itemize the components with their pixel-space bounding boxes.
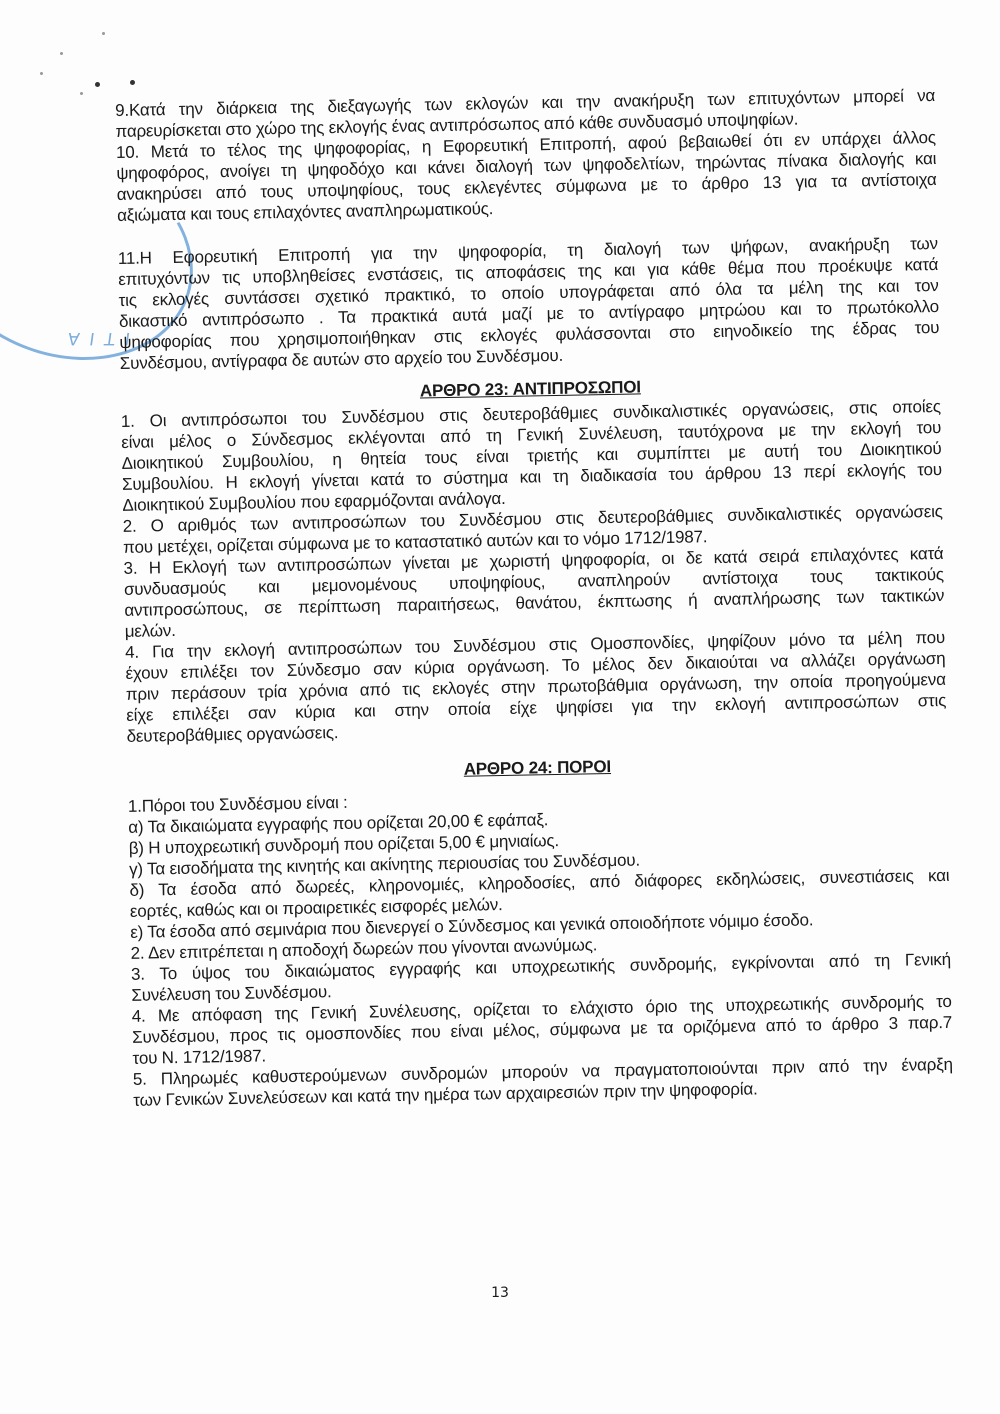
document-body: 9.Κατά την διάρκεια της διεξαγωγής των ε… <box>115 85 953 1111</box>
page-number: 13 <box>0 1285 1000 1301</box>
paragraph-3: 3. Η Εκλογή των αντιπροσώπων γίνεται με … <box>123 543 944 642</box>
section-continued: 9.Κατά την διάρκεια της διεξαγωγής των ε… <box>115 85 940 374</box>
paragraph-10: 10. Μετά το τέλος της ψηφοφορίας, η Εφορ… <box>116 127 937 226</box>
article-24-body: 1.Πόροι του Συνδέσμου είναι :α) Τα δικαι… <box>128 781 954 1111</box>
scan-specks <box>40 30 160 100</box>
paragraph-4: 4. Για την εκλογή αντιπροσώπων του Συνδέ… <box>125 627 947 747</box>
article-23-body: 1. Οι αντιπρόσωποι του Συνδέσμου στις δε… <box>121 396 947 747</box>
document-page: ΙΤΙΑ 9.Κατά την διάρκεια της διεξαγωγής … <box>0 0 1000 1414</box>
article-24-heading: ΑΡΘΡΟ 24: ΠΟΡΟΙ <box>127 750 947 786</box>
paragraph-1: 1. Οι αντιπρόσωποι του Συνδέσμου στις δε… <box>121 396 943 516</box>
paragraph-11: 11.Η Εφορευτική Επιτροπή για την ψηφοφορ… <box>118 233 940 374</box>
